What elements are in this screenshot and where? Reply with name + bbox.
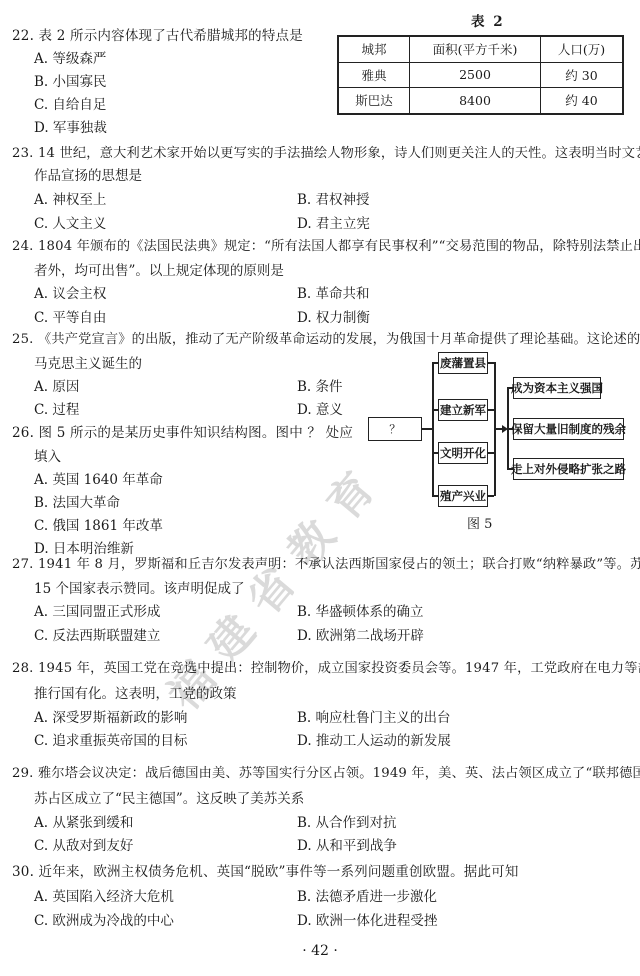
table-header-city: 城邦 xyxy=(338,36,410,62)
q27-option-b: B. 华盛顿体系的确立 xyxy=(297,600,424,620)
question-23-stem-line1: 23. 14 世纪，意大利艺术家开始以更写实的手法描绘人物形象，诗人们则更关注人… xyxy=(12,142,640,161)
question-26-stem-line1: 26. 图 5 所示的是某历史事件知识结构图。图中 ？ 处应 xyxy=(12,421,353,441)
table-row: 雅典 2500 约 30 xyxy=(338,62,623,88)
question-29-stem-line2: 苏占区成立了“民主德国”。这反映了美苏关系 xyxy=(34,787,304,807)
q28-option-d: D. 推动工人运动的新发展 xyxy=(297,729,451,749)
table-row: 斯巴达 8400 约 40 xyxy=(338,88,623,114)
q24-option-a: A. 议会主权 xyxy=(34,282,106,302)
table-2: 城邦 面积(平方千米) 人口(万) 雅典 2500 约 30 斯巴达 8400 … xyxy=(337,35,624,115)
question-25-stem-line1: 25. 《共产党宣言》的出版，推动了无产阶级革命运动的发展，为俄国十月革命提供了… xyxy=(12,328,640,347)
question-22-stem: 22. 表 2 所示内容体现了古代希腊城邦的特点是 xyxy=(12,24,303,44)
question-28-stem-line1: 28. 1945 年，英国工党在竞选中提出：控制物价，成立国家投资委员会等。19… xyxy=(12,657,640,676)
outcome-box-1: 成为资本主义强国 xyxy=(513,377,601,399)
question-27-stem-line2: 15 个国家表示赞同。该声明促成了 xyxy=(34,577,244,597)
q26-option-a: A. 英国 1640 年革命 xyxy=(34,468,163,488)
question-23-stem-line2: 作品宣扬的思想是 xyxy=(34,164,142,184)
question-26-stem-line2: 填入 xyxy=(34,445,61,465)
question-28-stem-line2: 推行国有化。这表明，工党的政策 xyxy=(34,682,237,702)
measure-box-4: 殖产兴业 xyxy=(438,485,488,507)
q28-option-b: B. 响应杜鲁门主义的出台 xyxy=(297,706,451,726)
figure-5-caption: 图 5 xyxy=(467,513,492,532)
q23-option-a: A. 神权至上 xyxy=(34,188,106,208)
table-cell: 约 40 xyxy=(541,88,624,114)
q25-option-c: C. 过程 xyxy=(34,398,79,418)
table-cell: 8400 xyxy=(410,88,541,114)
q25-option-a: A. 原因 xyxy=(34,375,79,395)
q27-option-d: D. 欧洲第二战场开辟 xyxy=(297,624,424,644)
q23-option-d: D. 君主立宪 xyxy=(297,212,370,232)
outcome-box-3: 走上对外侵略扩张之路 xyxy=(513,458,624,480)
diagram-root-box: ？ xyxy=(368,417,422,441)
q22-option-d: D. 军事独裁 xyxy=(34,116,107,136)
connector-line xyxy=(432,362,434,496)
q30-option-d: D. 欧洲一体化进程受挫 xyxy=(297,909,437,929)
q27-option-a: A. 三国同盟正式形成 xyxy=(34,600,160,620)
question-30-stem: 30. 近年来，欧洲主权债务危机、英国“脱欧”事件等一系列问题重创欧盟。据此可知 xyxy=(12,860,519,880)
question-25-stem-line2: 马克思主义诞生的 xyxy=(34,352,142,372)
question-27-stem-line1: 27. 1941 年 8 月，罗斯福和丘吉尔发表声明：不承认法西斯国家侵占的领土… xyxy=(12,553,640,572)
exam-page: 福建省教育 22. 表 2 所示内容体现了古代希腊城邦的特点是 A. 等级森严 … xyxy=(0,0,640,976)
outcome-box-2: 保留大量旧制度的残余 xyxy=(513,418,624,440)
q28-option-c: C. 追求重振英帝国的目标 xyxy=(34,729,187,749)
question-24-stem-line1: 24. 1804 年颁布的《法国民法典》规定：“所有法国人都享有民事权利”“交易… xyxy=(12,235,640,254)
table-cell: 2500 xyxy=(410,62,541,88)
q30-option-b: B. 法德矛盾进一步激化 xyxy=(297,885,437,905)
q27-option-c: C. 反法西斯联盟建立 xyxy=(34,624,160,644)
q30-option-a: A. 英国陷入经济大危机 xyxy=(34,885,174,905)
table-cell: 约 30 xyxy=(541,62,624,88)
q29-option-c: C. 从敌对到友好 xyxy=(34,834,133,854)
table-header-row: 城邦 面积(平方千米) 人口(万) xyxy=(338,36,623,62)
table-2-caption: 表 2 xyxy=(471,10,505,30)
q22-option-c: C. 自给自足 xyxy=(34,93,106,113)
question-24-stem-line2: 者外，均可出售”。以上规定体现的原则是 xyxy=(34,259,284,279)
q22-option-b: B. 小国寡民 xyxy=(34,70,107,90)
q24-option-c: C. 平等自由 xyxy=(34,306,106,326)
table-header-population: 人口(万) xyxy=(541,36,624,62)
question-29-stem-line1: 29. 雅尔塔会议决定：战后德国由美、苏等国实行分区占领。1949 年，美、英、… xyxy=(12,762,640,781)
table-cell: 雅典 xyxy=(338,62,410,88)
q28-option-a: A. 深受罗斯福新政的影响 xyxy=(34,706,187,726)
q25-option-d: D. 意义 xyxy=(297,398,343,418)
q30-option-c: C. 欧洲成为冷战的中心 xyxy=(34,909,174,929)
measure-box-3: 文明开化 xyxy=(438,442,488,464)
q29-option-d: D. 从和平到战争 xyxy=(297,834,397,854)
q22-option-a: A. 等级森严 xyxy=(34,47,106,67)
q23-option-c: C. 人文主义 xyxy=(34,212,106,232)
q25-option-b: B. 条件 xyxy=(297,375,343,395)
q24-option-d: D. 权力制衡 xyxy=(297,306,370,326)
q24-option-b: B. 革命共和 xyxy=(297,282,370,302)
connector-line xyxy=(421,428,432,430)
measure-box-2: 建立新军 xyxy=(438,399,488,421)
table-header-area: 面积(平方千米) xyxy=(410,36,541,62)
table-cell: 斯巴达 xyxy=(338,88,410,114)
q29-option-a: A. 从紧张到缓和 xyxy=(34,811,133,831)
q23-option-b: B. 君权神授 xyxy=(297,188,370,208)
q26-option-b: B. 法国大革命 xyxy=(34,491,120,511)
page-number: · 42 · xyxy=(0,943,640,959)
q29-option-b: B. 从合作到对抗 xyxy=(297,811,397,831)
measure-box-1: 废藩置县 xyxy=(438,352,488,374)
q26-option-c: C. 俄国 1861 年改革 xyxy=(34,514,163,534)
